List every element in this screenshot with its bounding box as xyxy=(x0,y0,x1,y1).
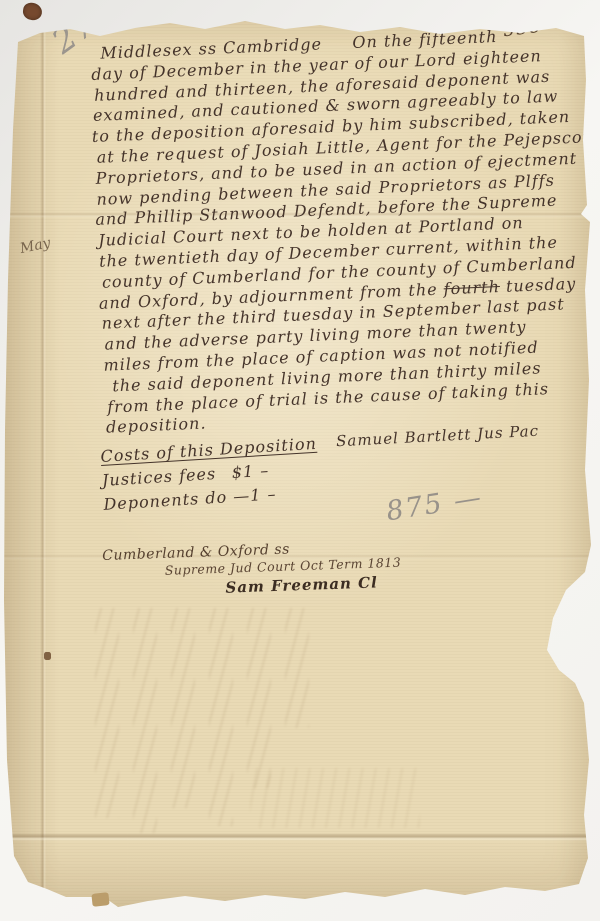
cost-amount: 1 – xyxy=(250,484,277,505)
bleedthrough-column xyxy=(209,608,233,826)
bleedthrough-column xyxy=(95,608,119,818)
cost-label: Justices fees xyxy=(101,463,232,490)
vertical-fold-line xyxy=(40,0,46,921)
manuscript-page: 538 275 875 — May Middlesex ss Cambridge… xyxy=(0,0,600,921)
paper-remnant-tab xyxy=(91,892,109,907)
ink-speck xyxy=(44,652,51,660)
bleedthrough-column xyxy=(171,608,195,808)
bleedthrough-column xyxy=(133,608,157,833)
text-segment: tuesday xyxy=(499,273,576,295)
manuscript-photo: 538 275 875 — May Middlesex ss Cambridge… xyxy=(0,0,600,921)
horizontal-crease xyxy=(0,833,600,841)
bleedthrough-texture xyxy=(250,768,420,828)
deposition-text-block: Middlesex ss Cambridge On the fifteenth … xyxy=(90,23,600,439)
costs-block: Costs of this Deposition Justices fees $… xyxy=(100,434,320,514)
wax-residue-mark xyxy=(22,1,44,21)
cost-amount: $1 – xyxy=(231,461,270,482)
pencil-archive-number-bottom: 875 — xyxy=(384,482,485,528)
docket-clerk-signature: Sam Freeman Cl xyxy=(225,573,402,597)
court-docket-block: Cumberland & Oxford ss Supreme Jud Court… xyxy=(102,538,402,601)
bleedthrough-column xyxy=(247,608,271,788)
struck-word: fourth xyxy=(443,277,500,298)
cost-label: Deponents do — xyxy=(103,486,251,514)
bleedthrough-column xyxy=(285,608,309,728)
margin-note: May xyxy=(19,235,52,257)
